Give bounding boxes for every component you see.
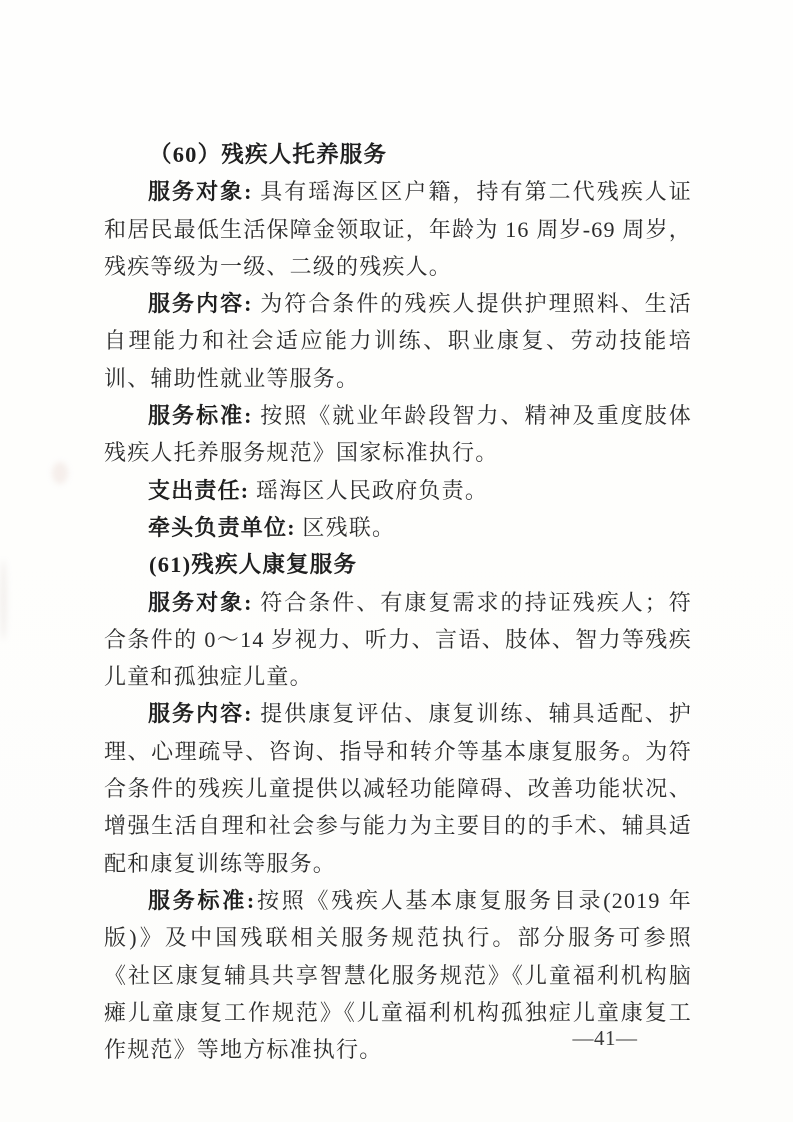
- service-target-label: 服务对象:: [148, 179, 253, 204]
- scan-smudge: [0, 560, 7, 640]
- section-61-service-target-paragraph: 服务对象: 符合条件、有康复需求的持证残疾人；符合条件的 0～14 岁视力、听力…: [104, 584, 692, 696]
- section-60-expenditure-paragraph: 支出责任: 瑶海区人民政府负责。: [104, 472, 692, 509]
- section-61-heading: (61)残疾人康复服务: [104, 546, 692, 583]
- lead-unit-label: 牵头负责单位:: [148, 515, 296, 540]
- lead-unit-text: 区残联。: [296, 515, 396, 540]
- page-number: —41—: [555, 1026, 655, 1051]
- section-60-service-target-paragraph: 服务对象: 具有瑶海区区户籍，持有第二代残疾人证和居民最低生活保障金领取证，年龄…: [104, 173, 692, 285]
- section-60: （60）残疾人托养服务 服务对象: 具有瑶海区区户籍，持有第二代残疾人证和居民最…: [104, 136, 692, 546]
- scan-smudge: [52, 462, 68, 484]
- service-standard-label: 服务标准:: [148, 403, 253, 428]
- service-content-text: 提供康复评估、康复训练、辅具适配、护理、心理疏导、咨询、指导和转介等基本康复服务…: [104, 701, 692, 875]
- service-content-label: 服务内容:: [148, 701, 253, 726]
- section-61-service-content-paragraph: 服务内容: 提供康复评估、康复训练、辅具适配、护理、心理疏导、咨询、指导和转介等…: [104, 695, 692, 881]
- service-content-label: 服务内容:: [148, 291, 253, 316]
- expenditure-text: 瑶海区人民政府负责。: [249, 478, 488, 503]
- service-standard-label: 服务标准:: [148, 888, 255, 913]
- section-60-lead-unit-paragraph: 牵头负责单位: 区残联。: [104, 509, 692, 546]
- document-body: （60）残疾人托养服务 服务对象: 具有瑶海区区户籍，持有第二代残疾人证和居民最…: [104, 136, 692, 1068]
- expenditure-label: 支出责任:: [148, 478, 249, 503]
- section-60-service-standard-paragraph: 服务标准: 按照《就业年龄段智力、精神及重度肢体残疾人托养服务规范》国家标准执行…: [104, 397, 692, 472]
- service-target-label: 服务对象:: [148, 590, 253, 615]
- document-page: （60）残疾人托养服务 服务对象: 具有瑶海区区户籍，持有第二代残疾人证和居民最…: [0, 0, 793, 1122]
- section-61: (61)残疾人康复服务 服务对象: 符合条件、有康复需求的持证残疾人；符合条件的…: [104, 546, 692, 1068]
- section-60-service-content-paragraph: 服务内容: 为符合条件的残疾人提供护理照料、生活自理能力和社会适应能力训练、职业…: [104, 285, 692, 397]
- section-60-heading: （60）残疾人托养服务: [104, 136, 692, 173]
